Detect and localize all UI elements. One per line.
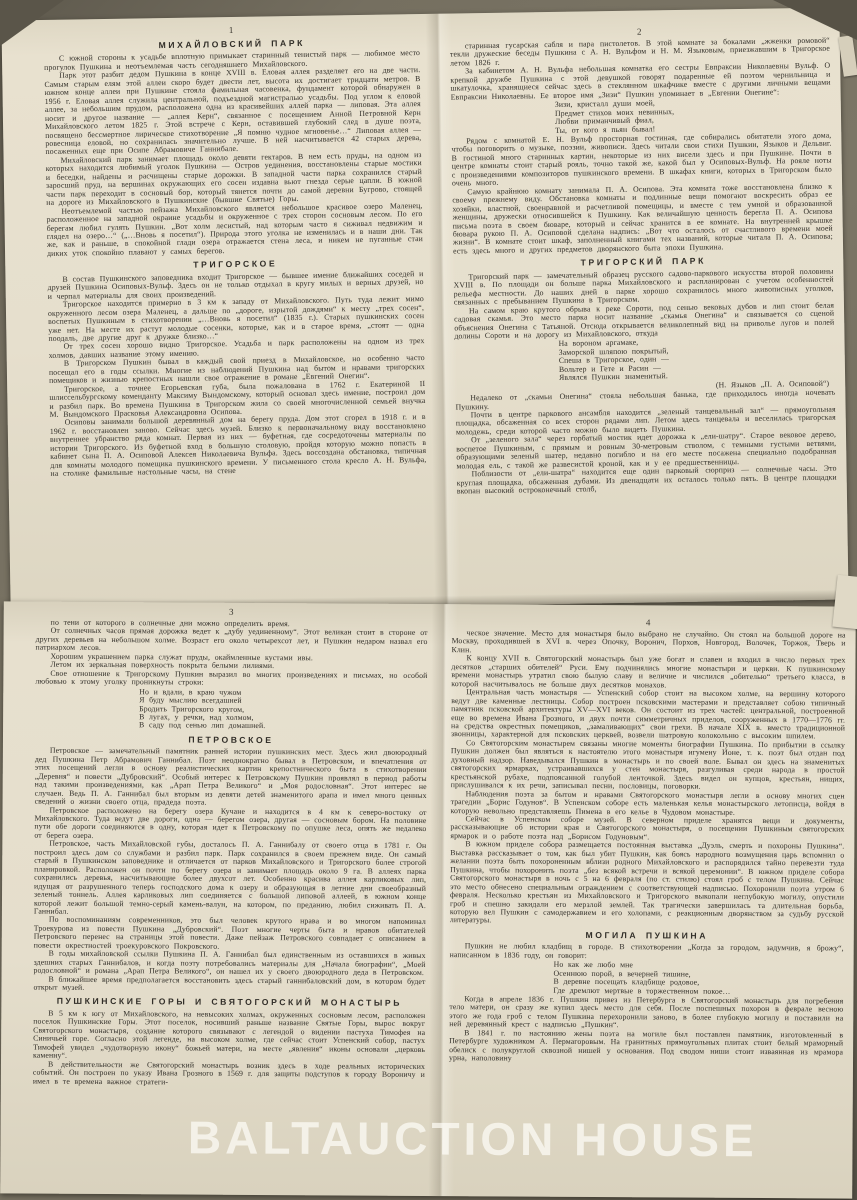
paragraph: Петровское, часть Михайловской губы, дос…	[34, 840, 426, 918]
paragraph: Центральная часть монастыря — Успенский …	[451, 688, 845, 741]
paragraph: Михайловский парк занимает площадь около…	[46, 151, 423, 208]
paper-edge-tab	[832, 575, 857, 629]
paragraph: Неотъемлемой частью пейзажа Михайловског…	[46, 202, 423, 259]
paragraph: По воспоминаниям современников, это был …	[34, 916, 426, 952]
paragraph: Петровское — замечательный памятник ранн…	[35, 747, 427, 809]
page-number: 4	[452, 616, 846, 628]
paragraph: К концу XVII в. Святогорский монастырь б…	[451, 654, 845, 690]
paper-sheet-top: 1 МИХАЙЛОВСКИЙ ПАРКС южной стороны к уса…	[1, 7, 848, 612]
paragraph: Петровское расположено на берегу озера К…	[34, 806, 426, 842]
paragraph: На самом краю крутого обрыва к реке Соро…	[454, 301, 834, 341]
paragraph: От солнечных часов прямая дорожка ведет …	[36, 627, 428, 655]
page-4-body: ческое значение. Место для монастыря был…	[449, 629, 846, 1065]
page-4: 4 ческое значение. Место для монастыря б…	[448, 616, 845, 1192]
paragraph: Свое отношение к Тригорскому Пушкин выра…	[35, 669, 427, 688]
paragraph: В действительности же Святогорский монас…	[33, 1060, 425, 1088]
scanned-brochure-spread: 1 МИХАЙЛОВСКИЙ ПАРКС южной стороны к уса…	[0, 0, 857, 1200]
paragraph: В годы михайловской ссылки Пушкина П. А.…	[34, 950, 426, 978]
verse-block: Но как же любо мне Осеннюю порой, в вече…	[553, 961, 843, 997]
paragraph: Осиповы занимали большой деревянный дом …	[50, 413, 427, 478]
paragraph: Наблюдения поэта за бытом и нравами Свят…	[451, 790, 845, 818]
page-1: 1 МИХАЙЛОВСКИЙ ПАРКС южной стороны к уса…	[44, 22, 429, 606]
paragraph: Поблизости от „ели-шатра“ находится еще …	[457, 465, 837, 496]
paragraph: В 5 км к югу от Михайловского, на невысо…	[33, 1010, 425, 1063]
paragraph: За кабинетом А. Н. Вульфа небольшая комн…	[450, 62, 830, 102]
section-heading: ПЕТРОВСКОЕ	[35, 734, 427, 745]
verse-block: На вороном аргамаке, Заморской шляпою по…	[558, 336, 835, 383]
verse-block: Но и вдали, в краю чужом Я буду мыслию в…	[139, 688, 427, 732]
page-1-body: МИХАЙЛОВСКИЙ ПАРКС южной стороны к усадь…	[44, 37, 427, 479]
paragraph: В южном приделе собора размещается посто…	[450, 840, 845, 927]
page-3-body: по тени от которого в солнечные дни можн…	[33, 619, 428, 1088]
section-heading: ПУШКИНСКИЕ ГОРЫ И СВЯТОГОРСКИЙ МОНАСТЫРЬ	[33, 997, 425, 1008]
section-heading: МОГИЛА ПУШКИНА	[450, 930, 844, 941]
page-2: 2 старинная гусарская сабля и пара писто…	[450, 24, 839, 600]
page-3: 3 по тени от которого в солнечные дни мо…	[32, 606, 428, 1190]
page-number: 3	[36, 606, 428, 618]
paragraph: Парк этот разбит дедом Пушкина в конце X…	[44, 66, 421, 156]
paragraph: Со Святогорским монастырем связаны многи…	[451, 739, 845, 792]
paper-edge-tab	[838, 35, 857, 77]
paragraph: Рядом с комнатой Е. Н. Вульф просторная …	[451, 132, 832, 189]
paper-sheet-bottom: 3 по тени от которого в солнечные дни мо…	[0, 601, 856, 1198]
page-2-body: старинная гусарская сабля и пара пистоле…	[450, 37, 837, 496]
paragraph: В 1841 г. по настоянию жены поэта на мог…	[449, 1029, 843, 1065]
paragraph: Когда в апреле 1836 г. Пушкин привез из …	[449, 995, 843, 1031]
page-number: 1	[44, 22, 420, 38]
verse-block: Зизи, кристалл души моей, Предмет стихов…	[555, 97, 831, 135]
paragraph: Самую крайнюю комнату занимала П. А. Оси…	[452, 182, 833, 256]
paragraph: Сейчас в Успенском соборе музей. В север…	[450, 815, 844, 843]
paragraph: В ближайшее время предполагается восстан…	[33, 975, 425, 994]
paragraph: Пушкин не любил кладбищ в городе. В стих…	[450, 942, 844, 961]
paragraph: ческое значение. Место для монастыря был…	[452, 629, 846, 657]
paragraph: Тригорское находится примерно в 3 км к з…	[48, 295, 425, 343]
